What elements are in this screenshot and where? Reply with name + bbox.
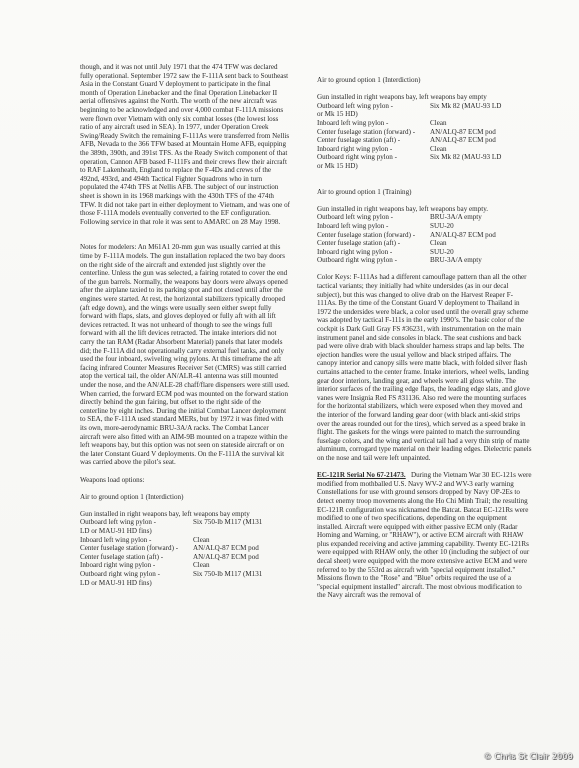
station-value: Clean [193, 561, 290, 570]
ec121-paragraph: During the Vietnam War 30 EC-121s were m… [317, 471, 532, 599]
bay-note: Gun installed in right weapons bay, left… [317, 205, 532, 214]
weapon-row: Center fuselage station (aft) -AN/ALQ-87… [317, 136, 532, 145]
station-value: Clean [430, 145, 532, 154]
weapons-table: Gun installed in right weapons bay, left… [317, 205, 532, 265]
ec121-section: EC-121R Serial No 67-21473. During the V… [317, 471, 532, 600]
intro-paragraph: though, and it was not until July 1971 t… [80, 63, 290, 226]
weapon-row: Outboard left wing pylon -Six Mk 82 (MAU… [317, 102, 532, 111]
color-keys-paragraph: Color Keys: F-111As had a different camo… [317, 273, 532, 462]
ec121-heading: EC-121R Serial No 67-21473. [317, 471, 406, 479]
station-value: AN/ALQ-87 ECM pod [430, 136, 532, 145]
station-value-cont: or Mk 15 HD) [317, 162, 532, 171]
option-title: Air to ground option 1 (Interdiction) [317, 76, 532, 85]
document-page: though, and it was not until July 1971 t… [0, 0, 579, 768]
option-title: Air to ground option 1 (Training) [317, 188, 532, 197]
station-label: Outboard right wing pylon - [80, 570, 193, 579]
station-label: Outboard left wing pylon - [317, 102, 430, 111]
weapons-heading: Weapons load options: [80, 476, 290, 485]
weapons-table: Gun installed in right weapons bay, left… [317, 93, 532, 170]
weapon-row: Outboard right wing pylon -Six 750-lb M1… [80, 570, 290, 579]
station-value: AN/ALQ-87 ECM pod [430, 231, 532, 240]
weapon-row: Inboard right wing pylon -SUU-20 [317, 248, 532, 257]
station-label: Inboard right wing pylon - [317, 248, 430, 257]
weapon-row: Outboard left wing pylon -Six 750-lb M11… [80, 518, 290, 527]
weapon-row: Outboard right wing pylon -Six Mk 82 (MA… [317, 153, 532, 162]
station-label: Center fuselage station (forward) - [80, 544, 193, 553]
station-value: Six Mk 82 (MAU-93 LD [430, 102, 532, 111]
station-value: SUU-20 [430, 222, 532, 231]
weapon-row: Inboard right wing pylon -Clean [317, 145, 532, 154]
station-value: Six Mk 82 (MAU-93 LD [430, 153, 532, 162]
station-value-cont: or Mk 15 HD) [317, 110, 532, 119]
weapon-row: Inboard left wing pylon -Clean [317, 119, 532, 128]
weapon-row: Inboard right wing pylon -Clean [80, 561, 290, 570]
station-label: Outboard left wing pylon - [317, 213, 430, 222]
station-label: Center fuselage station (aft) - [80, 553, 193, 562]
station-value-cont: LD or MAU-91 HD fins) [80, 527, 290, 536]
station-value: BRU-3A/A empty [430, 213, 532, 222]
station-label: Center fuselage station (aft) - [317, 136, 430, 145]
station-label: Inboard left wing pylon - [80, 536, 193, 545]
weapon-row: Outboard right wing pylon -BRU-3A/A empt… [317, 256, 532, 265]
weapon-row: Center fuselage station (aft) -AN/ALQ-87… [80, 553, 290, 562]
station-value: AN/ALQ-87 ECM pod [193, 544, 290, 553]
weapon-row: Center fuselage station (forward) -AN/AL… [317, 128, 532, 137]
station-value-cont: LD or MAU-91 HD fins) [80, 579, 290, 588]
bay-note: Gun installed in right weapons bay, left… [80, 510, 290, 519]
station-label: Inboard left wing pylon - [317, 222, 430, 231]
left-column: though, and it was not until July 1971 t… [80, 63, 290, 587]
station-value: Six 750-lb M117 (M131 [193, 518, 290, 527]
copyright-watermark: © Chris St Clair 2009 [483, 752, 573, 761]
weapon-row: Inboard left wing pylon -SUU-20 [317, 222, 532, 231]
right-column: Air to ground option 1 (Interdiction) Gu… [317, 76, 532, 609]
station-value: Clean [430, 119, 532, 128]
station-value: BRU-3A/A empty [430, 256, 532, 265]
notes-paragraph: Notes for modelers: An M61A1 20-mm gun w… [80, 243, 290, 466]
station-value: AN/ALQ-87 ECM pod [430, 128, 532, 137]
station-value: SUU-20 [430, 248, 532, 257]
station-label: Inboard right wing pylon - [80, 561, 193, 570]
station-label: Inboard left wing pylon - [317, 119, 430, 128]
weapon-row: Inboard left wing pylon -Clean [80, 536, 290, 545]
station-label: Outboard right wing pylon - [317, 153, 430, 162]
weapon-row: Center fuselage station (forward) -AN/AL… [80, 544, 290, 553]
weapon-row: Center fuselage station (aft) -Clean [317, 239, 532, 248]
station-value: Clean [193, 536, 290, 545]
station-label: Inboard right wing pylon - [317, 145, 430, 154]
station-label: Center fuselage station (forward) - [317, 231, 430, 240]
weapon-row: Outboard left wing pylon -BRU-3A/A empty [317, 213, 532, 222]
station-value: Clean [430, 239, 532, 248]
station-label: Center fuselage station (aft) - [317, 239, 430, 248]
station-label: Center fuselage station (forward) - [317, 128, 430, 137]
station-label: Outboard right wing pylon - [317, 256, 430, 265]
weapon-row: Center fuselage station (forward) -AN/AL… [317, 231, 532, 240]
option-title: Air to ground option 1 (Interdiction) [80, 493, 290, 502]
station-value: AN/ALQ-87 ECM pod [193, 553, 290, 562]
weapons-table: Gun installed in right weapons bay, left… [80, 510, 290, 587]
station-value: Six 750-lb M117 (M131 [193, 570, 290, 579]
station-label: Outboard left wing pylon - [80, 518, 193, 527]
bay-note: Gun installed in right weapons bay, left… [317, 93, 532, 102]
